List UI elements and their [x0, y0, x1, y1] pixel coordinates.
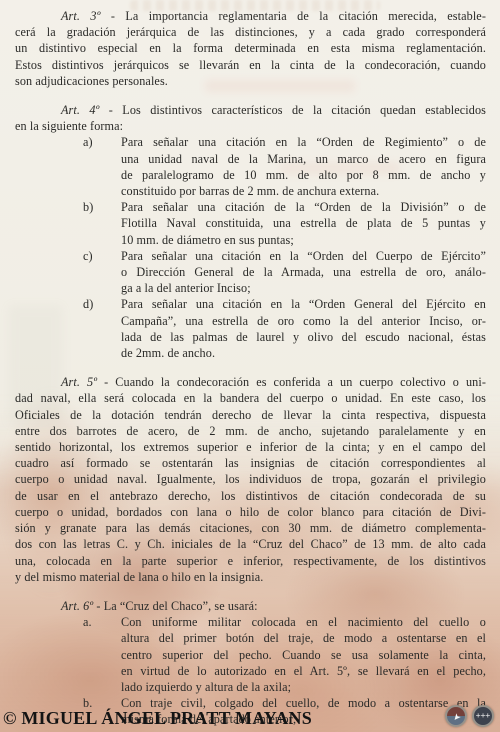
- more-options-icon[interactable]: +++: [472, 705, 494, 727]
- nav-icons: ➤ +++: [445, 705, 494, 727]
- text-line: Art. 6º - La “Cruz del Chaco”, se usará:: [15, 598, 486, 614]
- list-item: a)Para señalar una citación en la “Orden…: [15, 134, 486, 199]
- text-line: Con uniforme militar colocada en el naci…: [121, 614, 486, 630]
- item-text: Para señalar una citación en la “Orden d…: [121, 134, 486, 199]
- text-line: Oficiales de la dotación tendrán derecho…: [15, 407, 486, 423]
- text-line: son adjudicaciones personales.: [15, 73, 486, 89]
- text-line: constituido por barras de 2 mm. de anchu…: [121, 183, 486, 199]
- text-line: dos con las letras C. y Ch. iniciales de…: [15, 536, 486, 552]
- article-label: Art. 3º: [61, 9, 100, 23]
- text-line: o Dirección General de la Armada, una es…: [121, 264, 486, 280]
- text-line: cuerpo o unidad, bordados con lana o hil…: [15, 504, 486, 520]
- article-3: Art. 3º - La importancia reglamentaria d…: [15, 8, 486, 89]
- item-marker: b): [83, 199, 121, 248]
- item-text: Para señalar una citación en la “Orden G…: [121, 296, 486, 361]
- item-text: Para señalar una citación de la “Orden d…: [121, 199, 486, 248]
- arrow-glyph: ➤: [450, 710, 462, 722]
- item-text: Para señalar una citación en la “Orden d…: [121, 248, 486, 297]
- article-label: Art. 6º: [61, 599, 93, 613]
- list-item: b)Para señalar una citación de la “Orden…: [15, 199, 486, 248]
- text-line: ga a la del anterior Inciso;: [121, 280, 486, 296]
- article-5: Art. 5º - Cuando la condecoración es con…: [15, 374, 486, 585]
- text-line: altura del primer botón del traje, de mo…: [121, 630, 486, 646]
- text-line: Para señalar una citación en la “Orden G…: [121, 296, 486, 312]
- text-line: 10 mm. de diámetro en sus puntas;: [121, 232, 486, 248]
- item-text: Con uniforme militar colocada en el naci…: [121, 614, 486, 695]
- text-line: cuadro así formado se ostentarán las ins…: [15, 455, 486, 471]
- text-line: dad naval, ella será colocada en la band…: [15, 390, 486, 406]
- item-marker: d): [83, 296, 121, 361]
- text-line: Flotilla Naval constituida, una estrella…: [121, 215, 486, 231]
- article-label: Art. 4º: [61, 103, 99, 117]
- text-line: una, colocada en la parte superior e inf…: [15, 553, 486, 569]
- article-4-intro: Art. 4º - Los distintivos característico…: [15, 102, 486, 134]
- text-line: centro superior del pecho. Cuando se usa…: [121, 647, 486, 663]
- list-item: c)Para señalar una citación en la “Orden…: [15, 248, 486, 297]
- text-line: Campaña”, una estrella de oro como la de…: [121, 313, 486, 329]
- text-line: Para señalar una citación en la “Orden d…: [121, 248, 486, 264]
- text-line: sión y granate para las demás citaciones…: [15, 520, 486, 536]
- text-line: de usar en el antebrazo derecho, los dis…: [15, 488, 486, 504]
- copyright-notice: © MIGUEL ÁNGEL PRATT MAYANS: [3, 708, 312, 729]
- text-line: en virtud de lo autorizado en el Art. 5º…: [121, 663, 486, 679]
- item-marker: a.: [83, 614, 121, 695]
- item-marker: c): [83, 248, 121, 297]
- text-line: lada de las palmas de laurel y olivo del…: [121, 329, 486, 345]
- text-line: Art. 4º - Los distintivos característico…: [15, 102, 486, 118]
- text-line: y del mismo material de lana o hilo en l…: [15, 569, 486, 585]
- article-label: Art. 5º: [61, 375, 97, 389]
- text-line: cerá la gradación jerárquica de las dist…: [15, 24, 486, 40]
- text-line: una unidad naval de la Marina, un marco …: [121, 151, 486, 167]
- text-line: de 2mm. de ancho.: [121, 345, 486, 361]
- text-line: Estos distintivos jerárquicos se llevará…: [15, 57, 486, 73]
- list-item: d)Para señalar una citación en la “Orden…: [15, 296, 486, 361]
- document-page: Art. 3º - La importancia reglamentaria d…: [0, 0, 500, 732]
- article-6-intro: Art. 6º - La “Cruz del Chaco”, se usará:: [15, 598, 486, 614]
- text-line: Para señalar una citación en la “Orden d…: [121, 134, 486, 150]
- text-line: lado izquierdo y altura de la axila;: [121, 679, 486, 695]
- text-line: un distintivo especial en la forma deter…: [15, 40, 486, 56]
- compass-nav-icon[interactable]: ➤: [445, 705, 467, 727]
- document-body: Art. 3º - La importancia reglamentaria d…: [15, 8, 486, 728]
- text-line: Art. 3º - La importancia reglamentaria d…: [15, 8, 486, 24]
- text-line: Art. 5º - Cuando la condecoración es con…: [15, 374, 486, 390]
- text-line: entre dos barrotes de acero, de 2 mm. de…: [15, 423, 486, 439]
- dots-glyph: +++: [476, 712, 490, 720]
- text-line: en la siguiente forma:: [15, 118, 486, 134]
- list-item: a.Con uniforme militar colocada en el na…: [15, 614, 486, 695]
- text-line: Para señalar una citación de la “Orden d…: [121, 199, 486, 215]
- item-marker: a): [83, 134, 121, 199]
- text-line: cuerpo o unidad naval. Igualmente, los i…: [15, 471, 486, 487]
- text-line: de paralelogramo de 10 mm. de alto por 8…: [121, 167, 486, 183]
- text-line: sentido horizontal, los extremos superio…: [15, 439, 486, 455]
